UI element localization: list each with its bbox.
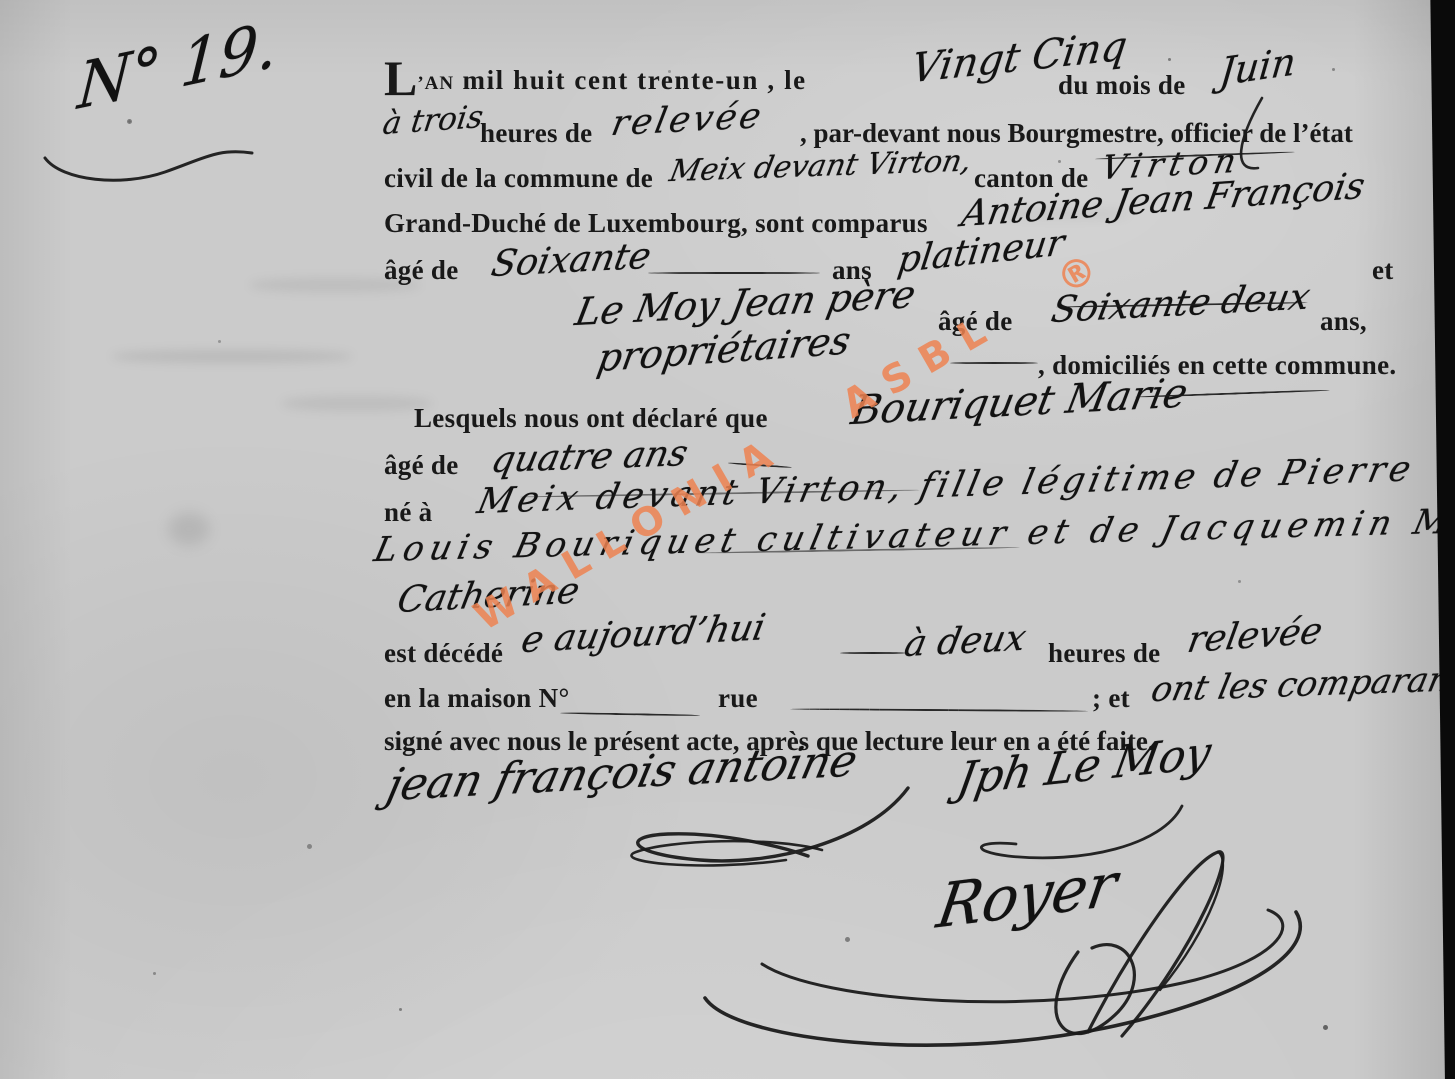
bleed-through-mark <box>282 396 432 411</box>
pen-stroke <box>840 652 906 654</box>
pen-stroke <box>790 708 1088 712</box>
declarant1-paraph <box>638 788 908 861</box>
handwritten-relevee: relevée <box>608 96 767 144</box>
handwritten-deceased-age: quatre ans <box>488 433 692 481</box>
act-number-swash <box>45 152 252 181</box>
handwritten-ont-les-comparants: ont les comparants <box>1148 658 1455 710</box>
handwritten-death-date: e aujourd’hui <box>518 607 769 661</box>
handwritten-death-hour: à deux <box>901 617 1030 665</box>
bourgmestre-loop <box>1056 945 1134 1034</box>
paper-specks <box>128 120 131 123</box>
printed-age-de-1: âgé de <box>384 255 459 286</box>
death-certificate-scan: N° 19. L’AN mil huit cent trente-un , le… <box>0 0 1455 1079</box>
handwritten-hour: à trois <box>380 99 485 142</box>
paper-smudge <box>168 512 210 546</box>
printed-du-mois-de: du mois de <box>1058 70 1186 101</box>
printed-heures-de-2: heures de <box>1048 638 1160 669</box>
printed-maison-no: en la maison N° <box>384 683 570 714</box>
printed-year-text: mil huit cent trente-un , le <box>454 65 807 95</box>
act-number: N° 19. <box>75 6 279 124</box>
pen-stroke <box>560 712 700 716</box>
printed-civil-commune: civil de la commune de <box>384 163 653 194</box>
pen-stroke <box>648 272 820 274</box>
handwritten-month: Juin <box>1218 39 1298 95</box>
handwritten-commune: Meix devant Virton, <box>667 143 975 189</box>
printed-grand-duche: Grand-Duché de Luxembourg, sont comparus <box>384 208 928 239</box>
drop-cap-L: L <box>384 50 417 106</box>
bourgmestre-quill <box>1160 852 1223 990</box>
handwritten-relevee-2: relevée <box>1184 610 1325 661</box>
declarant2-tail <box>981 806 1182 858</box>
printed-ans-2: ans, <box>1320 306 1367 337</box>
printed-heures-de: heures de <box>480 118 592 149</box>
declarant1-paraph <box>631 841 822 865</box>
printed-pardevant-bourgmestre: , par-devant nous Bourgmestre, officier … <box>800 118 1353 149</box>
printed-rue: rue <box>718 683 758 714</box>
signature-bourgmestre: Royer <box>932 849 1121 943</box>
printed-est-decede: est décédé <box>384 638 503 669</box>
printed-et: et <box>1372 255 1394 286</box>
printed-year-line: L’AN mil huit cent trente-un , le <box>384 60 807 96</box>
printed-an-smallcaps: ’AN <box>417 73 454 94</box>
printed-et-2: ; et <box>1092 683 1130 714</box>
handwritten-age-1: Soixante <box>488 235 654 285</box>
bleed-through-mark <box>112 350 352 363</box>
printed-lesquels-declare: Lesquels nous ont déclaré que <box>414 403 768 434</box>
printed-age-de-3: âgé de <box>384 450 459 481</box>
printed-ne-a: né à <box>384 497 432 528</box>
